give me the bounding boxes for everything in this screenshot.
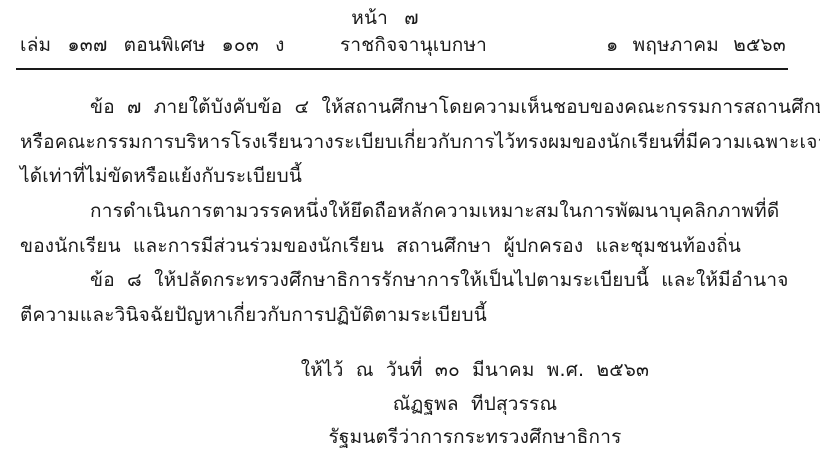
clause-7-para-2-line-1: การดำเนินการตามวรรคหนึ่งให้ยึดถือหลักควา…	[90, 198, 779, 224]
gazette-page: หน้า ๗ เล่ม ๑๓๗ ตอนพิเศษ ๑๐๓ ง ราชกิจจาน…	[0, 0, 820, 455]
clause-7-para-2-line-2: ของนักเรียน และการมีส่วนร่วมของนักเรียน …	[20, 233, 741, 259]
clause-8-line-1: ข้อ ๘ ให้ปลัดกระทรวงศึกษาธิการรักษาการให…	[90, 267, 789, 293]
signatory-title: รัฐมนตรีว่าการกระทรวงศึกษาธิการ	[250, 424, 700, 450]
publication-date: ๑ พฤษภาคม ๒๕๖๓	[600, 32, 786, 58]
signatory-name: ณัฏฐพล ทีปสุวรรณ	[250, 391, 700, 417]
clause-7-line-1: ข้อ ๗ ภายใต้บังคับข้อ ๔ ให้สถานศึกษาโดยค…	[90, 94, 820, 120]
clause-8-line-2: ตีความและวินิจฉัยปัญหาเกี่ยวกับการปฏิบัต…	[20, 302, 487, 328]
publication-title: ราชกิจจานุเบกษา	[340, 32, 487, 58]
clause-7-line-3: ได้เท่าที่ไม่ขัดหรือแย้งกับระเบียบนี้	[20, 163, 302, 189]
given-date: ให้ไว้ ณ วันที่ ๓๐ มีนาคม พ.ศ. ๒๕๖๓	[250, 357, 700, 383]
volume-issue: เล่ม ๑๓๗ ตอนพิเศษ ๑๐๓ ง	[20, 32, 285, 58]
header-divider	[16, 68, 788, 70]
clause-7-line-2: หรือคณะกรรมการบริหารโรงเรียนวางระเบียบเก…	[20, 129, 820, 155]
page-number: หน้า ๗	[340, 5, 430, 31]
